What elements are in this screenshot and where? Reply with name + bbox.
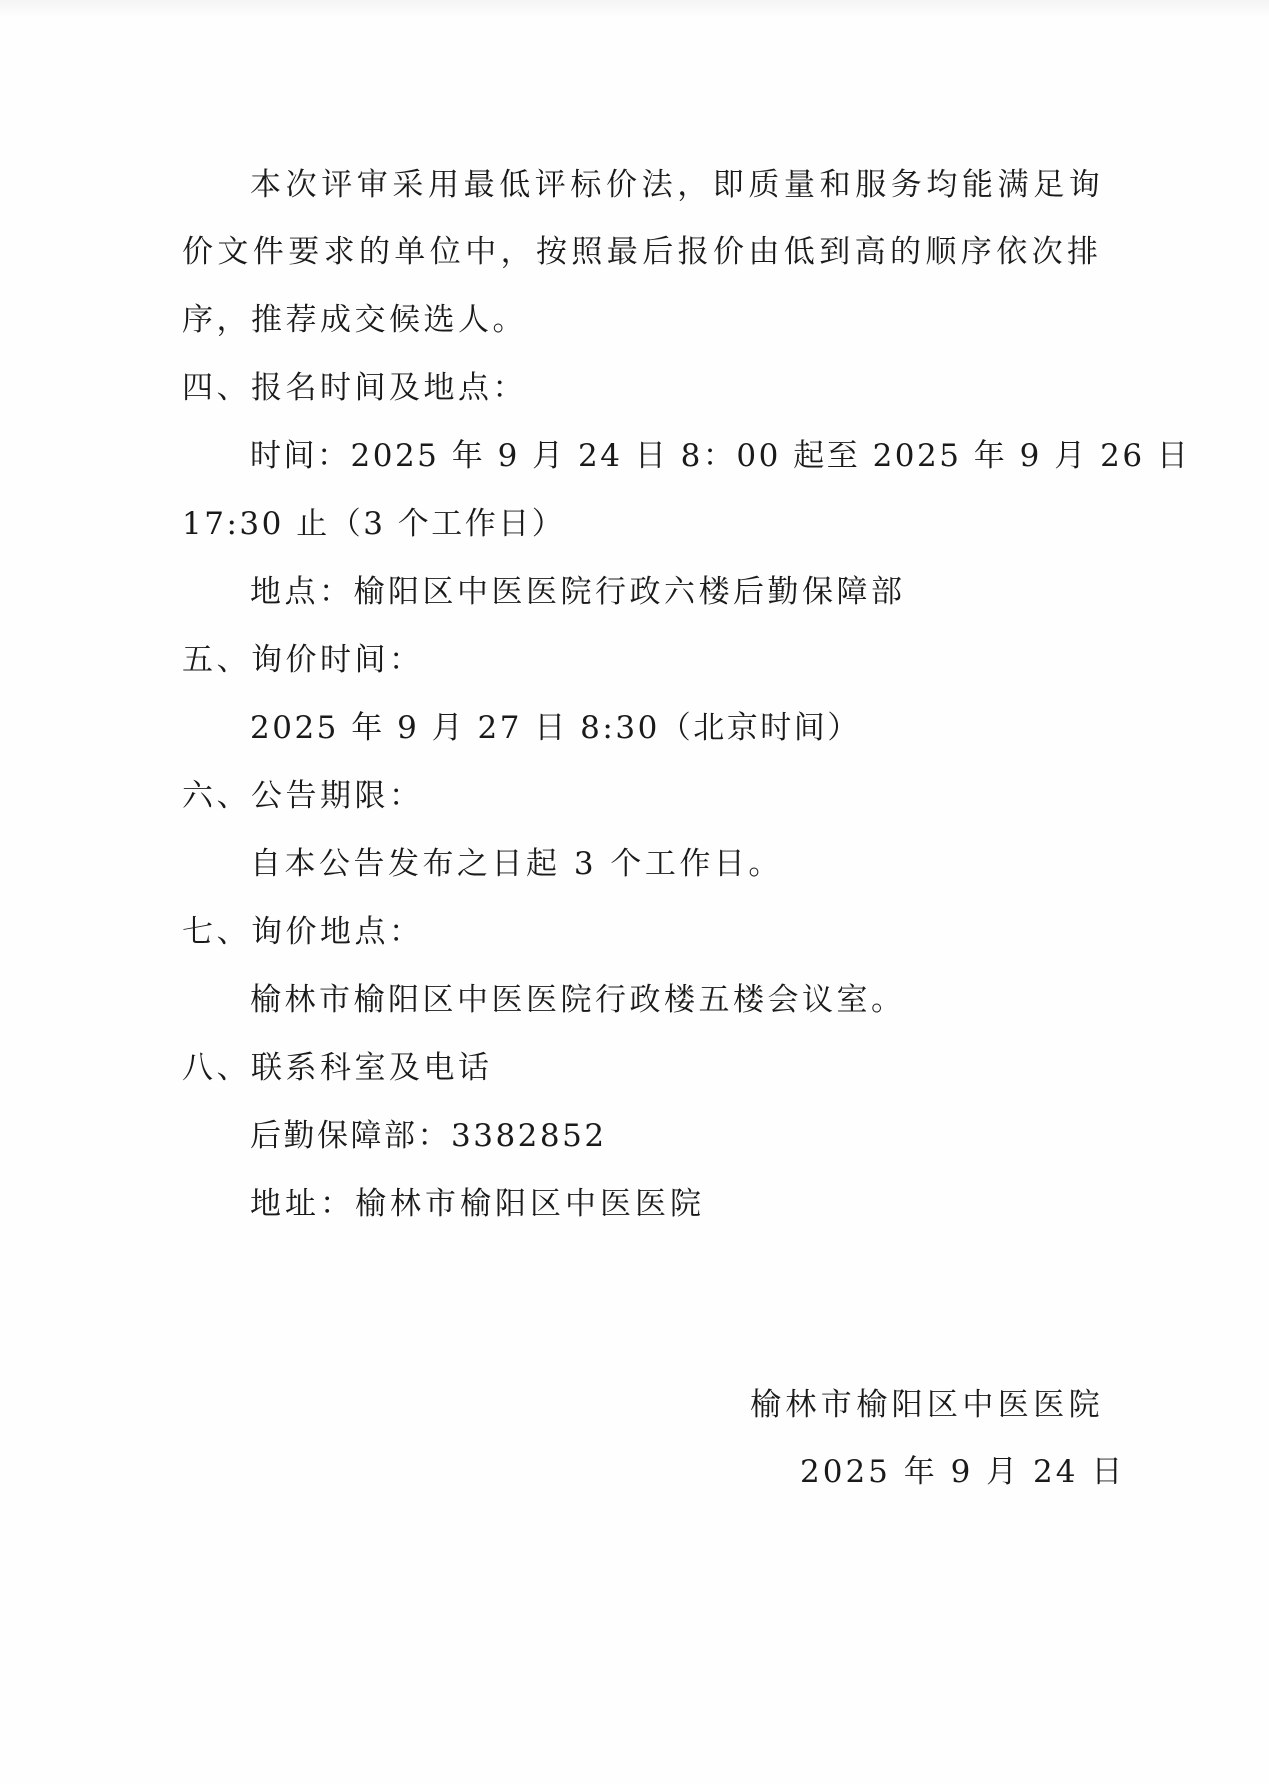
section-heading-inquiry-time: 五、询价时间： (182, 640, 424, 680)
scan-artifact (0, 0, 1269, 18)
registration-location: 地点：榆阳区中医医院行政六楼后勤保障部 (250, 572, 906, 612)
inquiry-location-value: 榆林市榆阳区中医医院行政楼五楼会议室。 (250, 980, 906, 1020)
registration-time-line-2: 17:30 止（3 个工作日） (182, 504, 565, 544)
section-heading-registration: 四、报名时间及地点： (182, 368, 527, 408)
evaluation-method-paragraph-line-1: 本次评审采用最低评标价法，即质量和服务均能满足询 (250, 165, 1104, 205)
document-page: 本次评审采用最低评标价法，即质量和服务均能满足询 价文件要求的单位中，按照最后报… (0, 0, 1269, 1784)
contact-phone: 后勤保障部：3382852 (250, 1116, 607, 1156)
evaluation-method-paragraph-line-3: 序，推荐成交候选人。 (182, 300, 527, 340)
section-heading-inquiry-location: 七、询价地点： (182, 912, 424, 952)
notice-period-value: 自本公告发布之日起 3 个工作日。 (250, 844, 783, 884)
section-heading-contact: 八、联系科室及电话 (182, 1048, 493, 1088)
contact-address: 地址：榆林市榆阳区中医医院 (250, 1184, 705, 1224)
inquiry-time-value: 2025 年 9 月 27 日 8:30（北京时间） (250, 708, 861, 748)
signature-date: 2025 年 9 月 24 日 (800, 1452, 1125, 1492)
evaluation-method-paragraph-line-2: 价文件要求的单位中，按照最后报价由低到高的顺序依次排 (182, 232, 1102, 272)
signature-organization: 榆林市榆阳区中医医院 (750, 1385, 1104, 1425)
registration-time-line-1: 时间：2025 年 9 月 24 日 8：00 起至 2025 年 9 月 26… (250, 436, 1190, 476)
section-heading-notice-period: 六、公告期限： (182, 776, 424, 816)
